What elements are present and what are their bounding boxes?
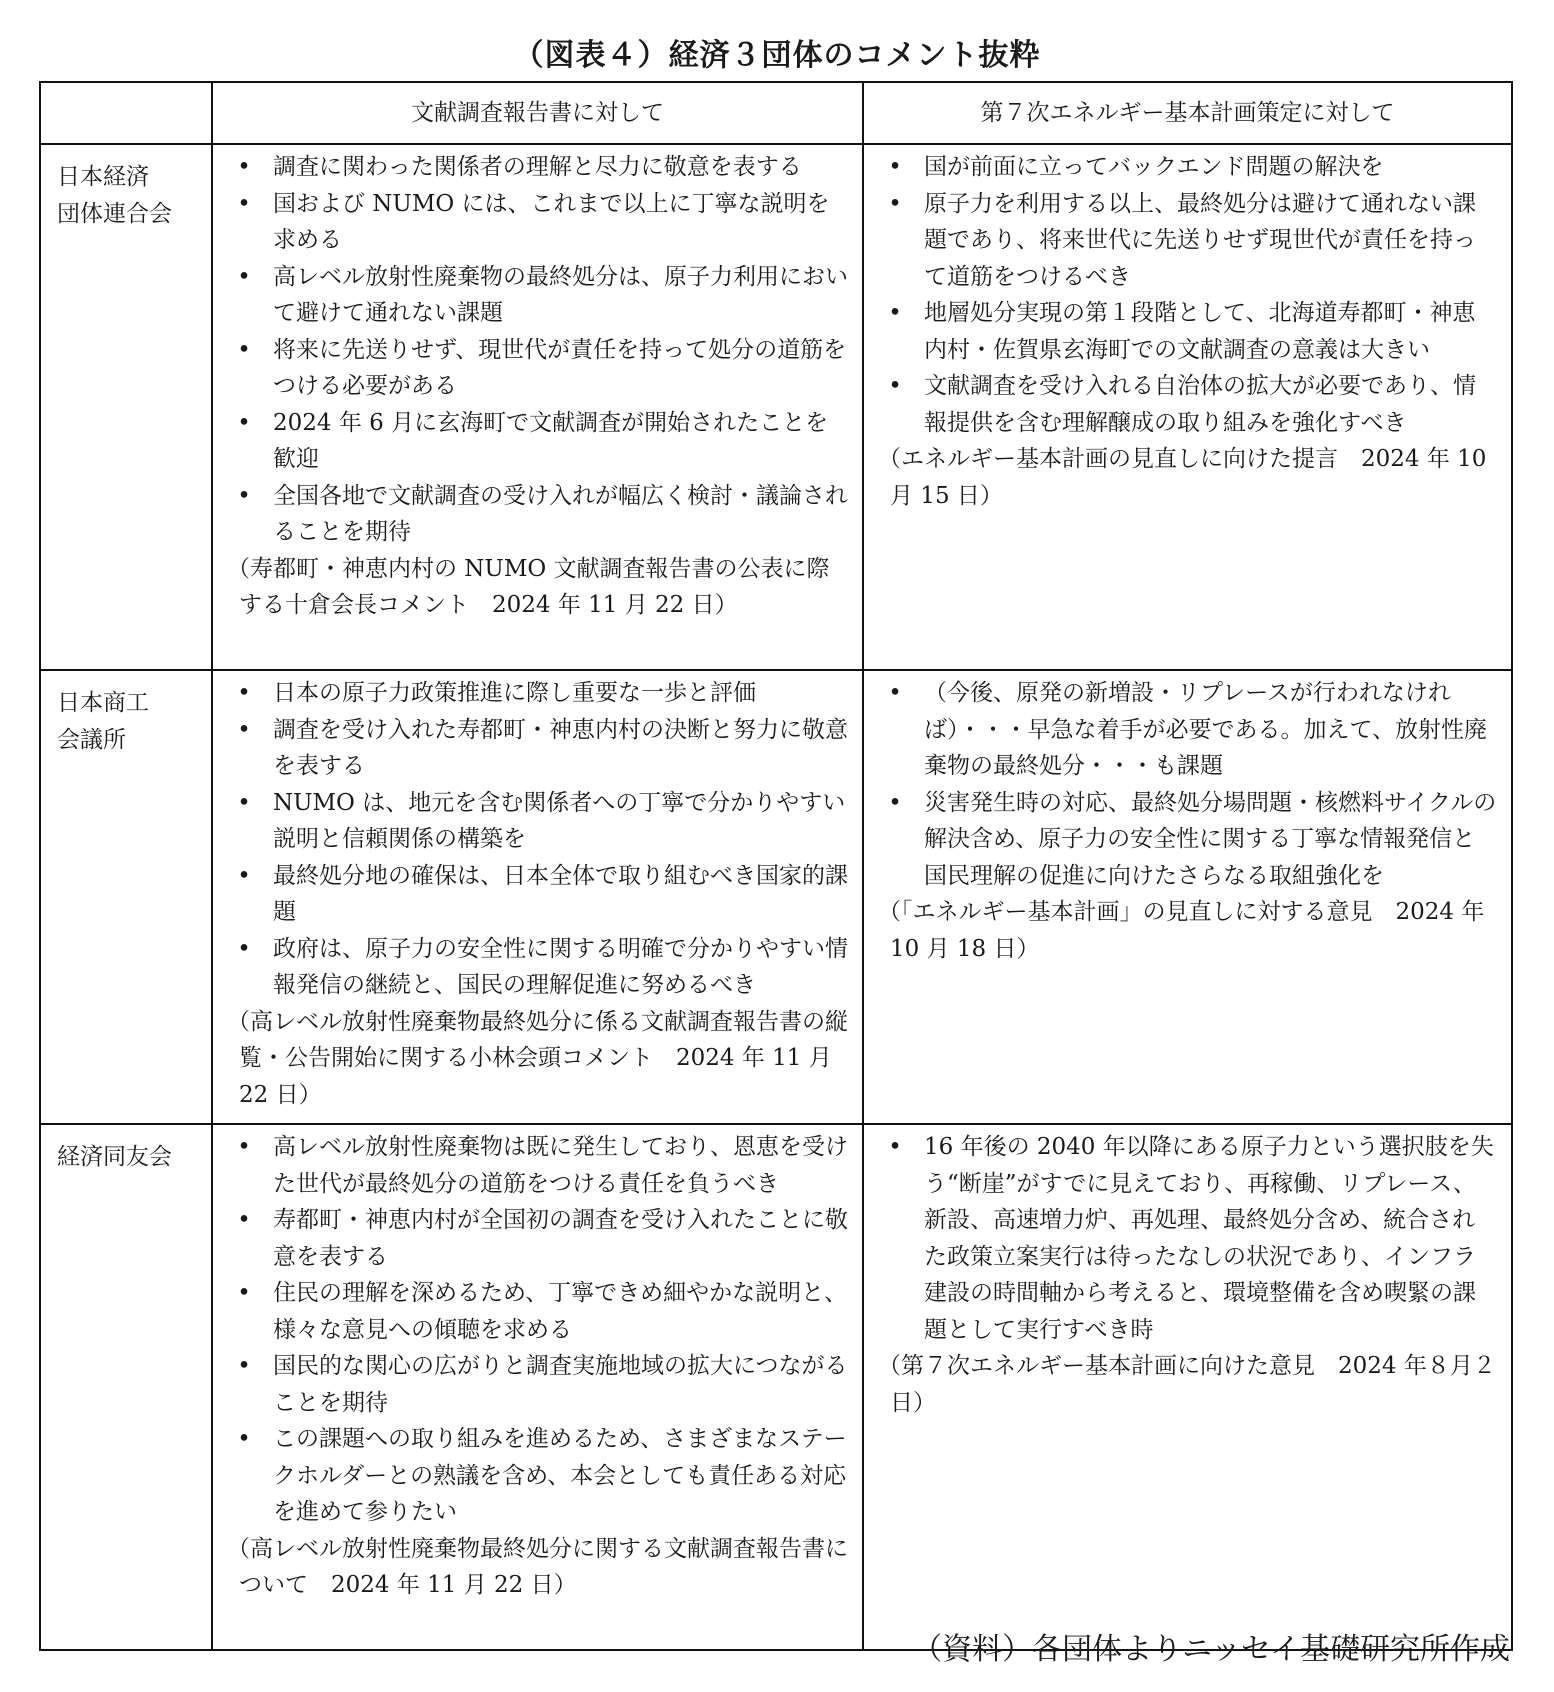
list-item: •16 年後の 2040 年以降にある原子力という選択肢を失う“断崖”がすでに見…: [874, 1129, 1497, 1348]
bullet-icon: •: [888, 675, 902, 712]
bullet-icon: •: [237, 1348, 251, 1385]
list-item: •地層処分実現の第１段階として、北海道寿都町・神恵内村・佐賀県玄海町での文献調査…: [874, 295, 1497, 368]
list-item: •住民の理解を深めるため、丁寧できめ細やかな説明と、様々な意見への傾聴を求める: [223, 1275, 848, 1348]
bullet-icon: •: [237, 405, 251, 442]
table-row-keidanren: 日本経済 団体連合会 •調査に関わった関係者の理解と尽力に敬意を表する •国およ…: [40, 144, 1512, 670]
list-item: •この課題への取り組みを進めるため、さまざまなステークホルダーとの熟議を含め、本…: [223, 1421, 848, 1531]
table-row-doyukai: 経済同友会 •高レベル放射性廃棄物は既に発生しており、恩恵を受けた世代が最終処分…: [40, 1124, 1512, 1650]
list-item: •日本の原子力政策推進に際し重要な一歩と評価: [223, 675, 848, 712]
list-item: •2024 年 6 月に玄海町で文献調査が開始されたことを歓迎: [223, 405, 848, 478]
list-item: •高レベル放射性廃棄物の最終処分は、原子力利用において避けて通れない課題: [223, 259, 848, 332]
bullet-icon: •: [888, 368, 902, 405]
org-cell: 日本経済 団体連合会: [40, 144, 212, 670]
bullet-icon: •: [237, 931, 251, 968]
source-citation: （寿都町・神恵内村の NUMO 文献調査報告書の公表に際する十倉会長コメント 2…: [227, 551, 848, 624]
list-item: •災害発生時の対応、最終処分場問題・核燃料サイクルの解決含め、原子力の安全性に関…: [874, 785, 1497, 895]
list-item: •寿都町・神恵内村が全国初の調査を受け入れたことに敬意を表する: [223, 1202, 848, 1275]
bullet-icon: •: [888, 295, 902, 332]
source-citation: （高レベル放射性廃棄物最終処分に係る文献調査報告書の縦覧・公告開始に関する小林会…: [227, 1004, 848, 1114]
list-item: •国民的な関心の広がりと調査実施地域の拡大につながることを期待: [223, 1348, 848, 1421]
list-item: •NUMO は、地元を含む関係者への丁寧で分かりやすい説明と信頼関係の構築を: [223, 785, 848, 858]
org-name-line: 経済同友会: [57, 1139, 201, 1176]
org-name-line: 会議所: [57, 722, 201, 759]
list-item: •国および NUMO には、これまで以上に丁寧な説明を求める: [223, 186, 848, 259]
header-org: [40, 82, 212, 144]
list-item: •調査に関わった関係者の理解と尽力に敬意を表する: [223, 149, 848, 186]
report-comments-cell: •日本の原子力政策推進に際し重要な一歩と評価 •調査を受け入れた寿都町・神恵内村…: [212, 670, 863, 1124]
bullet-icon: •: [237, 712, 251, 749]
source-citation: （エネルギー基本計画の見直しに向けた提言 2024 年 10 月 15 日）: [878, 441, 1497, 514]
header-report: 文献調査報告書に対して: [212, 82, 863, 144]
bullet-icon: •: [888, 1129, 902, 1166]
bullet-icon: •: [237, 858, 251, 895]
org-name-line: 日本経済: [57, 159, 201, 196]
figure-title: （図表４）経済３団体のコメント抜粋: [0, 30, 1554, 74]
bullet-icon: •: [237, 1275, 251, 1312]
header-row: 文献調査報告書に対して 第７次エネルギー基本計画策定に対して: [40, 82, 1512, 144]
list-item: •全国各地で文献調査の受け入れが幅広く検討・議論されることを期待: [223, 478, 848, 551]
list-item: •政府は、原子力の安全性に関する明確で分かりやすい情報発信の継続と、国民の理解促…: [223, 931, 848, 1004]
table-row-jcci: 日本商工 会議所 •日本の原子力政策推進に際し重要な一歩と評価 •調査を受け入れ…: [40, 670, 1512, 1124]
list-item: •調査を受け入れた寿都町・神恵内村の決断と努力に敬意を表する: [223, 712, 848, 785]
bullet-icon: •: [237, 259, 251, 296]
source-footnote: （資料）各団体よりニッセイ基礎研究所作成: [912, 1624, 1510, 1668]
source-citation: （高レベル放射性廃棄物最終処分に関する文献調査報告書について 2024 年 11…: [227, 1531, 848, 1604]
source-citation: （「エネルギー基本計画」の見直しに対する意見 2024 年 10 月 18 日）: [878, 894, 1497, 967]
report-comments-cell: •調査に関わった関係者の理解と尽力に敬意を表する •国および NUMO には、こ…: [212, 144, 863, 670]
list-item: •国が前面に立ってバックエンド問題の解決を: [874, 149, 1497, 186]
list-item: •最終処分地の確保は、日本全体で取り組むべき国家的課題: [223, 858, 848, 931]
bullet-icon: •: [237, 1129, 251, 1166]
bullet-icon: •: [888, 785, 902, 822]
list-item: •将来に先送りせず、現世代が責任を持って処分の道筋をつける必要がある: [223, 332, 848, 405]
org-cell: 経済同友会: [40, 1124, 212, 1650]
bullet-icon: •: [888, 149, 902, 186]
bullet-icon: •: [888, 186, 902, 223]
bullet-icon: •: [237, 478, 251, 515]
bullet-icon: •: [237, 186, 251, 223]
list-item: •高レベル放射性廃棄物は既に発生しており、恩恵を受けた世代が最終処分の道筋をつけ…: [223, 1129, 848, 1202]
list-item: •原子力を利用する以上、最終処分は避けて通れない課題であり、将来世代に先送りせず…: [874, 186, 1497, 296]
report-comments-cell: •高レベル放射性廃棄物は既に発生しており、恩恵を受けた世代が最終処分の道筋をつけ…: [212, 1124, 863, 1650]
bullet-icon: •: [237, 149, 251, 186]
bullet-icon: •: [237, 1421, 251, 1458]
bullet-icon: •: [237, 785, 251, 822]
source-citation: （第７次エネルギー基本計画に向けた意見 2024 年８月２日）: [878, 1348, 1497, 1421]
org-name-line: 日本商工: [57, 685, 201, 722]
plan-comments-cell: •16 年後の 2040 年以降にある原子力という選択肢を失う“断崖”がすでに見…: [863, 1124, 1512, 1650]
org-cell: 日本商工 会議所: [40, 670, 212, 1124]
bullet-icon: •: [237, 332, 251, 369]
bullet-icon: •: [237, 675, 251, 712]
bullet-icon: •: [237, 1202, 251, 1239]
list-item: •（今後、原発の新増設・リプレースが行われなければ）・・・早急な着手が必要である…: [874, 675, 1497, 785]
comments-table: 文献調査報告書に対して 第７次エネルギー基本計画策定に対して 日本経済 団体連合…: [39, 81, 1513, 1651]
plan-comments-cell: •国が前面に立ってバックエンド問題の解決を •原子力を利用する以上、最終処分は避…: [863, 144, 1512, 670]
header-plan: 第７次エネルギー基本計画策定に対して: [863, 82, 1512, 144]
list-item: •文献調査を受け入れる自治体の拡大が必要であり、情報提供を含む理解醸成の取り組み…: [874, 368, 1497, 441]
plan-comments-cell: •（今後、原発の新増設・リプレースが行われなければ）・・・早急な着手が必要である…: [863, 670, 1512, 1124]
org-name-line: 団体連合会: [57, 196, 201, 233]
